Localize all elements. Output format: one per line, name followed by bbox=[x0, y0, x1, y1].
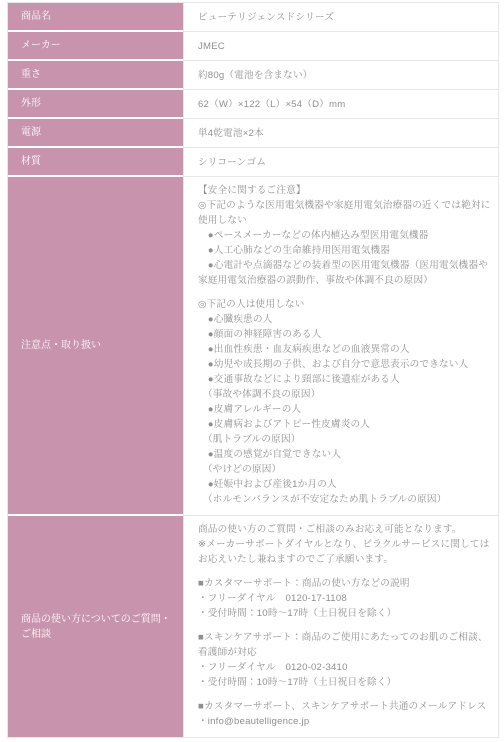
row-value-maker: JMEC bbox=[183, 32, 498, 61]
row-label-product-name: 商品名 bbox=[8, 3, 183, 32]
support-intro-note: 商品の使い方のご質問・ご相談のみお応え可能となります。 ※メーカーサポートダイヤ… bbox=[198, 522, 493, 567]
row-caution: 注意点・取り扱い 【安全に関するご注意】 ◎下記のような医用電気機器や家庭用電気… bbox=[8, 177, 498, 516]
row-power: 電源 単4乾電池×2本 bbox=[8, 119, 498, 148]
row-value-support: 商品の使い方のご質問・ご相談のみお応え可能となります。 ※メーカーサポートダイヤ… bbox=[183, 516, 498, 737]
row-material: 材質 シリコーンゴム bbox=[8, 148, 498, 177]
row-label-power: 電源 bbox=[8, 119, 183, 148]
row-label-support: 商品の使い方についてのご質問・ご相談 bbox=[8, 516, 183, 737]
row-value-product-name: ビューテリジェンスドシリーズ bbox=[183, 3, 498, 32]
row-value-material: シリコーンゴム bbox=[183, 148, 498, 177]
row-product-name: 商品名 ビューテリジェンスドシリーズ bbox=[8, 3, 498, 32]
spec-table: 商品名 ビューテリジェンスドシリーズ メーカー JMEC 重さ 約80g（電池を… bbox=[7, 2, 499, 738]
row-value-weight: 約80g（電池を含まない） bbox=[183, 61, 498, 90]
row-label-weight: 重さ bbox=[8, 61, 183, 90]
row-value-power: 単4乾電池×2本 bbox=[183, 119, 498, 148]
row-support: 商品の使い方についてのご質問・ご相談 商品の使い方のご質問・ご相談のみお応え可能… bbox=[8, 516, 498, 737]
row-label-caution: 注意点・取り扱い bbox=[8, 177, 183, 516]
support-email-contact: ■カスタマーサポート、スキンケアサポート共通のメールアドレス ・info@bea… bbox=[198, 699, 493, 729]
row-value-caution: 【安全に関するご注意】 ◎下記のような医用電気機器や家庭用電気治療器の近くでは絶… bbox=[183, 177, 498, 516]
row-maker: メーカー JMEC bbox=[8, 32, 498, 61]
spec-table-grid: 商品名 ビューテリジェンスドシリーズ メーカー JMEC 重さ 約80g（電池を… bbox=[8, 3, 498, 737]
caution-people-block: ◎下記の人は使用しない ●心臓疾患の人 ●顔面の神経障害のある人 ●出血性疾患・… bbox=[198, 297, 493, 507]
caution-safety-block: 【安全に関するご注意】 ◎下記のような医用電気機器や家庭用電気治療器の近くでは絶… bbox=[198, 183, 493, 288]
support-skincare-contact: ■スキンケアサポート：商品のご使用にあたってのお肌のご相談、看護師が対応 ・フリ… bbox=[198, 630, 493, 690]
row-label-dimensions: 外形 bbox=[8, 90, 183, 119]
support-customer-contact: ■カスタマーサポート：商品の使い方などの説明 ・フリーダイヤル 0120-17-… bbox=[198, 576, 493, 621]
row-label-material: 材質 bbox=[8, 148, 183, 177]
row-dimensions: 外形 62（W）×122（L）×54（D）mm bbox=[8, 90, 498, 119]
row-weight: 重さ 約80g（電池を含まない） bbox=[8, 61, 498, 90]
product-spec-page: 商品名 ビューテリジェンスドシリーズ メーカー JMEC 重さ 約80g（電池を… bbox=[0, 0, 504, 742]
row-label-maker: メーカー bbox=[8, 32, 183, 61]
row-value-dimensions: 62（W）×122（L）×54（D）mm bbox=[183, 90, 498, 119]
